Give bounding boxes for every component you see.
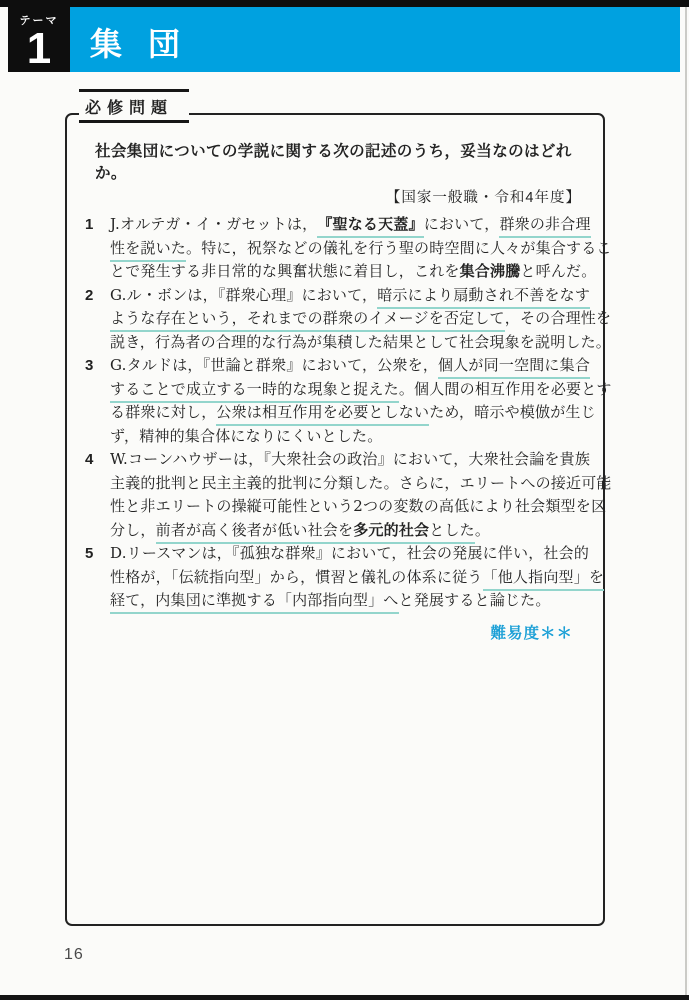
text-phrase: 。 xyxy=(475,520,490,541)
option-text-line: J.オルテガ・イ・ガセットは，『聖なる天蓋』において，群衆の非合理 xyxy=(110,213,586,237)
underlined-phrase: 「他人指向型」を xyxy=(483,567,605,591)
option-row: 1J.オルテガ・イ・ガセットは，『聖なる天蓋』において，群衆の非合理性を説いた。… xyxy=(67,213,603,284)
option-text-line: G.タルドは，『世論と群衆』において，公衆を，個人が同一空間に集合 xyxy=(110,354,586,378)
option-number: 5 xyxy=(85,542,110,613)
page-bottom-edge xyxy=(0,995,689,1000)
option-text-line: 分し，前者が高く後者が低い社会を多元的社会とした。 xyxy=(110,519,586,543)
option-row: 3G.タルドは，『世論と群衆』において，公衆を，個人が同一空間に集合することで成… xyxy=(67,354,603,448)
option-text-line: G.ル・ボンは，『群衆心理』において，暗示により扇動され不善をなす xyxy=(110,284,586,308)
text-phrase: ず，精神的集合体になりにくいとした。 xyxy=(110,426,382,447)
text-phrase: 。個人間の相互作用を必要とす xyxy=(399,379,612,400)
option-text-line: D.リースマンは，『孤独な群衆』において，社会の発展に伴い，社会的 xyxy=(110,542,586,566)
text-phrase: る群衆に対し， xyxy=(110,402,216,423)
underlined-phrase: 多元的社会 xyxy=(353,520,429,544)
option-row: 4W.コーンハウザーは，『大衆社会の政治』において，大衆社会論を貴族主義的批判と… xyxy=(67,448,603,542)
option-row: 5D.リースマンは，『孤独な群衆』において，社会の発展に伴い，社会的性格が，「伝… xyxy=(67,542,603,613)
text-phrase: において， xyxy=(424,214,500,235)
text-phrase: 説き，行為者の合理的な行為が集積した結果として社会現象を説明した。 xyxy=(110,332,611,353)
option-text: W.コーンハウザーは，『大衆社会の政治』において，大衆社会論を貴族主義的批判と民… xyxy=(110,448,586,542)
underlined-phrase: 暗示により扇動され不善をなす xyxy=(377,285,590,309)
option-row: 2G.ル・ボンは，『群衆心理』において，暗示により扇動され不善をなすような存在と… xyxy=(67,284,603,355)
option-text-line: 性を説いた。特に，祝祭などの儀礼を行う聖の時空間に人々が集合するこ xyxy=(110,237,586,261)
page-number: 16 xyxy=(64,946,84,964)
option-text-line: W.コーンハウザーは，『大衆社会の政治』において，大衆社会論を貴族 xyxy=(110,448,586,472)
text-phrase: 。特に，祝祭などの儀礼を行う聖の時空間に人々が集合するこ xyxy=(186,238,612,259)
option-text-line: ような存在という，それまでの群衆のイメージを否定して，その合理性を xyxy=(110,307,586,331)
text-phrase: ため，暗示や模倣が生じ xyxy=(429,402,596,423)
option-text-line: る群衆に対し，公衆は相互作用を必要としないため，暗示や模倣が生じ xyxy=(110,401,586,425)
option-text-line: 説き，行為者の合理的な行為が集積した結果として社会現象を説明した。 xyxy=(110,331,586,355)
underlined-phrase: 公衆は相互作用を必要としない xyxy=(216,402,429,426)
required-question-box: 必修問題 社会集団についての学説に関する次の記述のうち，妥当なのはどれか。 【国… xyxy=(65,113,605,926)
text-phrase: G.ル・ボンは，『群衆心理』において， xyxy=(110,285,377,306)
text-phrase: 主義的批判と民主主義的批判に分類した。さらに，エリートへの接近可能 xyxy=(110,473,612,494)
text-phrase: W.コーンハウザーは，『大衆社会の政治』において，大衆社会論を貴族 xyxy=(110,449,590,470)
underlined-phrase: 前者が高く後者が低い社会を xyxy=(156,520,354,544)
text-phrase: 性格が，「伝統指向型」から，慣習と儀礼の体系に従う xyxy=(110,567,483,588)
underlined-phrase: とした xyxy=(429,520,475,544)
option-text-line: 主義的批判と民主主義的批判に分類した。さらに，エリートへの接近可能 xyxy=(110,472,586,496)
text-phrase: G.タルドは，『世論と群衆』において，公衆を， xyxy=(110,355,438,376)
theme-number-box: テーマ 1 xyxy=(8,7,70,72)
option-text: D.リースマンは，『孤独な群衆』において，社会の発展に伴い，社会的性格が，「伝統… xyxy=(110,542,586,613)
options-list: 1J.オルテガ・イ・ガセットは，『聖なる天蓋』において，群衆の非合理性を説いた。… xyxy=(67,213,603,613)
option-text-line: 性と非エリートの操縦可能性という2つの変数の高低により社会類型を区 xyxy=(110,495,586,519)
text-phrase: D.リースマンは，『孤独な群衆』において，社会の発展に伴い，社会的 xyxy=(110,543,589,564)
text-phrase: と呼んだ。 xyxy=(520,261,596,282)
option-text: J.オルテガ・イ・ガセットは，『聖なる天蓋』において，群衆の非合理性を説いた。特… xyxy=(110,213,586,284)
underlined-phrase: 群衆の非合理 xyxy=(499,214,590,238)
option-number: 4 xyxy=(85,448,110,542)
option-text-line: することで成立する一時的な現象と捉えた。個人間の相互作用を必要とす xyxy=(110,378,586,402)
underlined-phrase: 個人が同一空間に集合 xyxy=(438,355,590,379)
text-phrase: と発展すると論じた。 xyxy=(399,590,551,611)
keyword-phrase: 集合沸騰 xyxy=(460,261,521,282)
text-phrase: とで発生する非日常的な興奮状態に着目し，これを xyxy=(110,261,460,282)
option-number: 1 xyxy=(85,213,110,284)
option-text: G.ル・ボンは，『群衆心理』において，暗示により扇動され不善をなすような存在とい… xyxy=(110,284,586,355)
underlined-phrase: ような存在という，それまでの群衆のイメージを否定して xyxy=(110,308,505,332)
option-text-line: 性格が，「伝統指向型」から，慣習と儀礼の体系に従う「他人指向型」を xyxy=(110,566,586,590)
question-source: 【国家一般職・令和4年度】 xyxy=(67,188,581,208)
text-phrase: J.オルテガ・イ・ガセットは， xyxy=(110,214,317,235)
option-text-line: とで発生する非日常的な興奮状態に着目し，これを集合沸騰と呼んだ。 xyxy=(110,260,586,284)
text-phrase: ，その合理性を xyxy=(505,308,611,329)
page-right-edge xyxy=(685,0,687,1000)
book-page: テーマ 1 集団 必修問題 社会集団についての学説に関する次の記述のうち，妥当な… xyxy=(0,0,689,1000)
difficulty-badge: 難易度＊＊ xyxy=(67,621,573,643)
option-text-line: ず，精神的集合体になりにくいとした。 xyxy=(110,425,586,449)
option-number: 3 xyxy=(85,354,110,448)
underlined-phrase: することで成立する一時的な現象と捉えた xyxy=(110,379,399,403)
text-phrase: 分し， xyxy=(110,520,156,541)
theme-number: 1 xyxy=(8,28,70,70)
option-text: G.タルドは，『世論と群衆』において，公衆を，個人が同一空間に集合することで成立… xyxy=(110,354,586,448)
option-number: 2 xyxy=(85,284,110,355)
page-top-edge xyxy=(0,0,689,7)
chapter-title-bar: 集団 xyxy=(70,7,680,72)
required-question-label: 必修問題 xyxy=(79,89,189,123)
chapter-title: 集団 xyxy=(90,28,206,60)
underlined-phrase: 経て，内集団に準拠する「内部指向型」へ xyxy=(110,590,399,614)
question-stem: 社会集団についての学説に関する次の記述のうち，妥当なのはどれか。 xyxy=(95,141,587,185)
text-phrase: 性と非エリートの操縦可能性という2つの変数の高低により社会類型を区 xyxy=(110,496,606,517)
underlined-phrase: 性を説いた xyxy=(110,238,186,262)
option-text-line: 経て，内集団に準拠する「内部指向型」へと発展すると論じた。 xyxy=(110,589,586,613)
underlined-phrase: 『聖なる天蓋』 xyxy=(317,214,423,238)
